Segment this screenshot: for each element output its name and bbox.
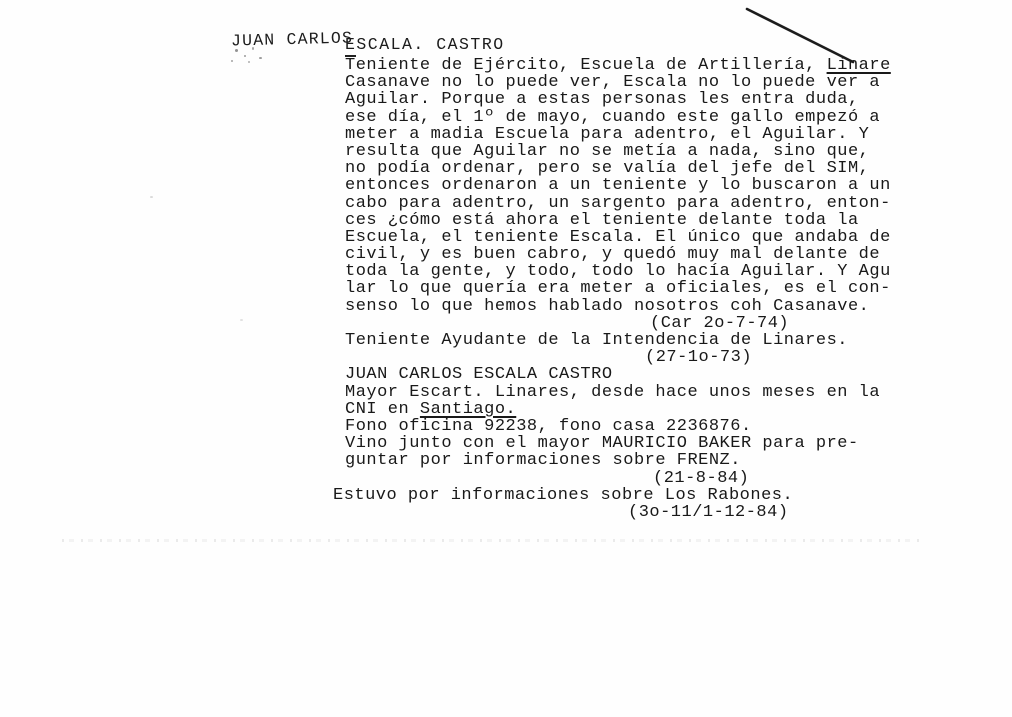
document-line: civil, y es buen cabro, y quedó muy mal … <box>345 246 930 263</box>
document-line: toda la gente, y todo, todo lo hacía Agu… <box>345 263 930 280</box>
document-line: ese día, el 1º de mayo, cuando este gall… <box>345 109 930 126</box>
document-line: guntar por informaciones sobre FRENZ. <box>345 452 930 469</box>
document-line: entonces ordenaron a un teniente y lo bu… <box>345 177 930 194</box>
document-line: cabo para adentro, un sargento para aden… <box>345 195 930 212</box>
scan-speckle <box>231 60 233 62</box>
document-line: Vino junto con el mayor MAURICIO BAKER p… <box>345 435 930 452</box>
scan-speckle <box>244 55 246 57</box>
document-line: (3o-11/1-12-84) <box>628 504 930 521</box>
document-line: (27-1o-73) <box>645 349 930 366</box>
scan-speckle <box>259 57 262 59</box>
underlined-text: Santiago. <box>420 400 516 419</box>
document-line: (Car 2o-7-74) <box>650 315 930 332</box>
document-line: Estuvo por informaciones sobre Los Rabon… <box>333 487 930 504</box>
scan-speckle <box>150 196 153 198</box>
scan-speckle <box>252 47 254 50</box>
document-line: Casanave no lo puede ver, Escala no lo p… <box>345 74 930 91</box>
document-line: lar lo que quería era meter a oficiales,… <box>345 280 930 297</box>
document-lines: Teniente de Ejército, Escuela de Artille… <box>345 57 930 521</box>
document-line: Mayor Escart. Linares, desde hace unos m… <box>345 384 930 401</box>
header-surname-underlined-initial: E <box>345 35 356 57</box>
document-line: ces ¿cómo está ahora el teniente delante… <box>345 212 930 229</box>
document-line: senso lo que hemos hablado nosotros coh … <box>345 298 930 315</box>
header-surname: ESCALA. CASTRO <box>345 35 505 54</box>
scan-noise-band <box>62 539 922 542</box>
document-line: CNI en Santiago. <box>345 401 930 418</box>
header-given-names: JUAN CARLOS <box>231 29 354 51</box>
document-line: Teniente Ayudante de la Intendencia de L… <box>345 332 930 349</box>
document-line: Aguilar. Porque a estas personas les ent… <box>345 91 930 108</box>
scan-speckle <box>240 319 243 321</box>
document-line: Teniente de Ejército, Escuela de Artille… <box>345 57 930 74</box>
document-line: (21-8-84) <box>653 470 930 487</box>
underlined-text: Linare <box>827 56 891 75</box>
document-line: JUAN CARLOS ESCALA CASTRO <box>345 366 930 383</box>
document-line: resulta que Aguilar no se metía a nada, … <box>345 143 930 160</box>
scan-speckle <box>248 61 250 63</box>
document-line: no podía ordenar, pero se valía del jefe… <box>345 160 930 177</box>
scanned-document-page: JUAN CARLOS ESCALA. CASTRO Teniente de E… <box>0 0 1012 717</box>
document-line: Fono oficina 92238, fono casa 2236876. <box>345 418 930 435</box>
header-surname-rest: SCALA. CASTRO <box>356 35 504 54</box>
document-line: Escuela, el teniente Escala. El único qu… <box>345 229 930 246</box>
scan-speckle <box>235 49 238 52</box>
document-line: meter a madia Escuela para adentro, el A… <box>345 126 930 143</box>
